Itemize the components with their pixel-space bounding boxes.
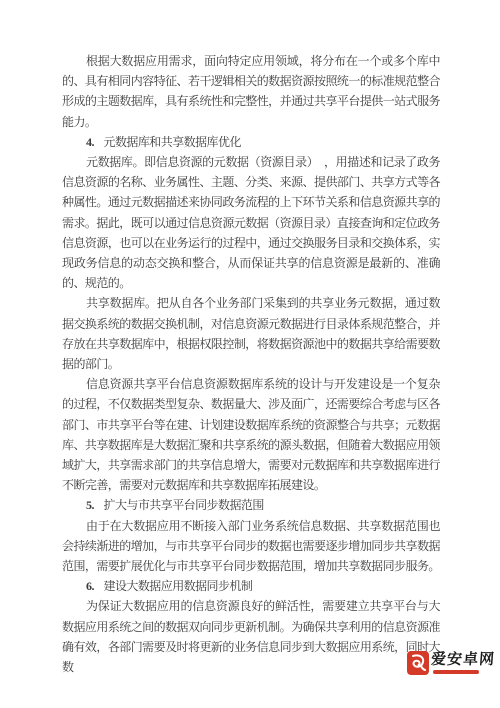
watermark-red-banner [433, 670, 479, 674]
site-watermark: 爱安卓网 [407, 651, 495, 675]
paragraph: 元数据库。即信息资源的元数据（资源目录） ，用描述和记录了政务信息资源的名称、业… [62, 152, 440, 293]
heading-number: 5. [86, 498, 94, 512]
heading-number: 4. [86, 135, 94, 149]
heading-text: 扩大与市共享平台同步数据范围 [104, 498, 264, 512]
section-heading: 5.扩大与市共享平台同步数据范围 [62, 495, 440, 515]
watermark-site-name: 爱安卓网 [430, 651, 495, 669]
heading-number: 6. [86, 579, 94, 593]
heading-text: 建设大数据应用数据同步机制 [104, 579, 253, 593]
paragraph: 共享数据库。把从自各个业务部门采集到的共享业务元数据，通过数据交换系统的数据交换… [62, 293, 440, 374]
document-body: 根据大数据应用需求，面向特定应用领域，将分布在一个或多个库中的、具有相同内容特征… [62, 51, 440, 677]
heading-text: 元数据库和共享数据库优化 [104, 135, 241, 149]
paragraph: 由于在大数据应用不断接入部门业务系统信息数据、共享数据范围也会持续渐进的增加，与… [62, 516, 440, 577]
section-heading: 6.建设大数据应用数据同步机制 [62, 576, 440, 596]
document-page: 根据大数据应用需求，面向特定应用领域，将分布在一个或多个库中的、具有相同内容特征… [0, 0, 500, 708]
paragraph: 为保证大数据应用的信息资源良好的鲜活性，需要建立共享平台与大数据应用系统之间的数… [62, 596, 440, 677]
section-heading: 4.元数据库和共享数据库优化 [62, 132, 440, 152]
seal-icon [407, 651, 429, 675]
watermark-text-block: 爱安卓网 [431, 651, 495, 674]
paragraph: 根据大数据应用需求，面向特定应用领域，将分布在一个或多个库中的、具有相同内容特征… [62, 51, 440, 132]
paragraph: 信息资源共享平台信息资源数据库系统的设计与开发建设是一个复杂的过程，不仅数据类型… [62, 374, 440, 495]
